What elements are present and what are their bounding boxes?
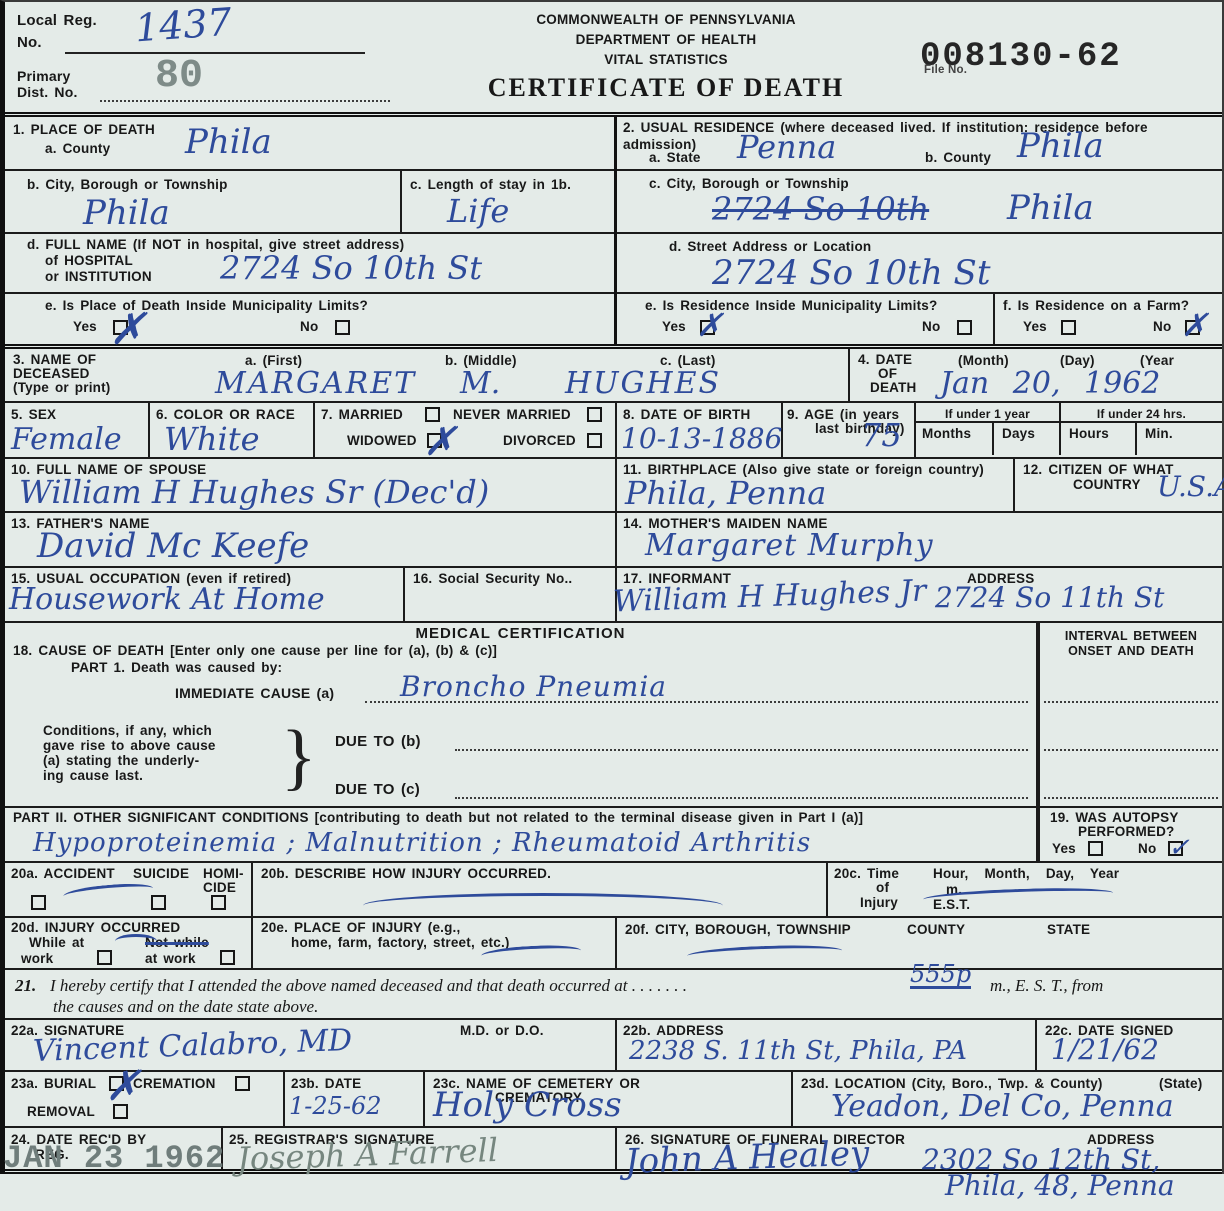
interval-line-a: [1044, 701, 1218, 703]
section-22c-date-signed: 22c. DATE SIGNED 1/21/62: [1037, 1020, 1222, 1070]
under-24-hrs-label: If under 24 hrs.: [1061, 403, 1222, 421]
section-22a-signature: 22a. SIGNATURE M.D. or D.O. Vincent Cala…: [5, 1020, 617, 1070]
field-19-yes-label: Yes: [1052, 841, 1076, 858]
field-26-address-value2: Phila, 48, Penna: [945, 1172, 1175, 1200]
field-2f-label: f. Is Residence on a Farm?: [1003, 298, 1189, 315]
part2-label: PART II. OTHER SIGNIFICANT CONDITIONS [c…: [13, 810, 1033, 827]
field-15-value: Housework At Home: [9, 585, 325, 615]
row-2e-2f: e. Is Residence Inside Municipality Limi…: [617, 294, 1222, 344]
interval-line-c: [1044, 797, 1218, 799]
certify-text-3: the causes and on the date state above.: [53, 997, 318, 1017]
section-23d-location: 23d. LOCATION (City, Boro., Twp. & Count…: [793, 1072, 1222, 1126]
dist-no-label: Dist. No.: [17, 84, 78, 102]
certify-text-block: 21. I hereby certify that I attended the…: [5, 970, 1222, 1018]
field-6-value: White: [164, 423, 260, 455]
field-2c-struck-value: 2724 So 10th: [712, 193, 929, 225]
field-7-married-label: 7. MARRIED: [321, 407, 403, 424]
row-1b-1c: b. City, Borough or Township Phila c. Le…: [5, 171, 614, 234]
primary-dist-stamp: 80: [155, 54, 203, 99]
due-to-b-line: [455, 749, 1028, 751]
field-23a-removal-label: REMOVAL: [27, 1104, 95, 1121]
field-4-title3: DEATH: [870, 380, 917, 397]
header: Local Reg. No. 1437 Primary Dist. No. 80…: [5, 2, 1222, 117]
row-13-14: 13. FATHER'S NAME David Mc Keefe 14. MOT…: [5, 513, 1222, 568]
checkmark-2e-yes: ✗: [696, 309, 723, 341]
section-11-birthplace: 11. BIRTHPLACE (Also give state or forei…: [617, 459, 1015, 511]
section-3-name-of-deceased: 3. NAME OF DECEASED (Type or print) a. (…: [5, 349, 850, 401]
checkbox-20d-notwhile: [220, 950, 235, 965]
field-2e-label: e. Is Residence Inside Municipality Limi…: [645, 298, 937, 315]
field-2f-yes-label: Yes: [1023, 319, 1047, 336]
field-2d-value: 2724 So 10th St: [712, 256, 991, 290]
ink-mark-20f: [687, 943, 842, 956]
checkbox-19-yes: [1088, 841, 1103, 856]
field-20c-cols-label: Hour, Month, Day, Year: [933, 866, 1119, 883]
under-1-year-label: If under 1 year: [916, 403, 1061, 421]
field-23d-value: Yeadon, Del Co, Penna: [831, 1092, 1174, 1122]
field-1d-label2: of HOSPITAL: [45, 253, 133, 270]
row-15-17: 15. USUAL OCCUPATION (even if retired) H…: [5, 568, 1222, 623]
field-3-middle-value: M.: [460, 369, 500, 399]
row-part2-19: PART II. OTHER SIGNIFICANT CONDITIONS [c…: [5, 808, 1222, 863]
field-23a-cremation-label: CREMATION: [133, 1076, 216, 1093]
field-2c-value: Phila: [1007, 191, 1094, 225]
field-17-address-value: 2724 So 11th St: [935, 584, 1164, 612]
field-20a-suicide-label: SUICIDE: [133, 866, 189, 883]
row-24-26: 24. DATE REC'D BY REG. JAN 23 1962 25. R…: [5, 1128, 1222, 1174]
checkbox-19-no: ✓: [1168, 841, 1183, 856]
field-10-value: William H Hughes Sr (Dec'd): [19, 476, 489, 508]
section-12-citizen: 12. CITIZEN OF WHAT COUNTRY U.S.A: [1015, 459, 1222, 511]
field-1e-municipality: e. Is Place of Death Inside Municipality…: [5, 294, 614, 344]
hours-label: Hours: [1061, 423, 1137, 455]
min-label: Min.: [1137, 423, 1222, 455]
ink-mark-20b: [363, 893, 723, 907]
field-22a-md-label: M.D. or D.O.: [460, 1023, 544, 1040]
days-label: Days: [994, 423, 1061, 455]
field-2ab: 2. USUAL RESIDENCE (where deceased lived…: [617, 117, 1222, 171]
field-1b-city: b. City, Borough or Township Phila: [5, 171, 402, 232]
section-23b-date: 23b. DATE 1-25-62: [285, 1072, 425, 1126]
due-to-c-label: DUE TO (c): [335, 781, 420, 800]
field-16-label: 16. Social Security No..: [413, 571, 572, 588]
field-2d-street: d. Street Address or Location 2724 So 10…: [617, 234, 1222, 294]
field-1a-label: a. County: [45, 141, 110, 158]
date-received-stamp: JAN 23 1962: [3, 1140, 225, 1177]
row-23: 23a. BURIAL ✗ CREMATION REMOVAL 23b. DAT…: [5, 1072, 1222, 1128]
field-18-label: 18. CAUSE OF DEATH [Enter only one cause…: [13, 643, 497, 660]
section-20a-accident: 20a. ACCIDENT SUICIDE HOMI- CIDE: [5, 863, 253, 916]
header-left: Local Reg. No. 1437 Primary Dist. No. 80: [5, 2, 440, 112]
section-17-informant: 17. INFORMANT ADDRESS William H Hughes J…: [617, 568, 1222, 621]
field-3-title3: (Type or print): [13, 380, 111, 397]
field-23c-value: Holy Cross: [433, 1088, 622, 1122]
local-reg-line: [65, 52, 365, 54]
local-reg-label: Local Reg.: [17, 12, 97, 31]
file-no-label: File No.: [924, 64, 967, 78]
interval-label-2: ONSET AND DEATH: [1040, 644, 1222, 660]
field-1d-hospital: d. FULL NAME (If NOT in hospital, give s…: [5, 234, 614, 294]
field-1d-label3: or INSTITUTION: [45, 269, 152, 286]
conditions-brace: }: [281, 715, 317, 800]
section-23a-burial: 23a. BURIAL ✗ CREMATION REMOVAL: [5, 1072, 285, 1126]
interval-label-1: INTERVAL BETWEEN: [1040, 629, 1222, 645]
field-3-first-value: MARGARET: [215, 369, 416, 399]
field-17-value: William H Hughes Jr: [613, 577, 927, 618]
row-5-9: 5. SEX Female 6. COLOR OR RACE White 7. …: [5, 403, 1222, 459]
local-reg-value: 1437: [134, 3, 233, 48]
field-20a-label: 20a. ACCIDENT: [11, 866, 115, 883]
header-center: COMMONWEALTH OF PENNSYLVANIA DEPARTMENT …: [440, 2, 892, 112]
field-8-value: 10-13-1886: [621, 425, 782, 453]
field-23b-value: 1-25-62: [289, 1094, 382, 1118]
dist-no-dotline: [100, 100, 390, 102]
field-1e-no-label: No: [300, 319, 318, 336]
section-6-color-race: 6. COLOR OR RACE White: [150, 403, 315, 457]
checkbox-23a-removal: [113, 1104, 128, 1119]
commonwealth-line: COMMONWEALTH OF PENNSYLVANIA: [440, 12, 892, 29]
section-16-ssn: 16. Social Security No..: [405, 568, 617, 621]
section-25-registrar: 25. REGISTRAR'S SIGNATURE Joseph A Farre…: [223, 1128, 617, 1169]
section-20e-place-of-injury: 20e. PLACE OF INJURY (e.g., home, farm, …: [253, 918, 617, 968]
field-20d-work-label: work: [21, 951, 53, 968]
section-7-marital-status: 7. MARRIED NEVER MARRIED WIDOWED ✗ DIVOR…: [315, 403, 617, 457]
checkbox-2f-no: ✗: [1185, 320, 1200, 335]
field-2e-no-label: No: [922, 319, 940, 336]
field-20f-county-label: COUNTY: [907, 922, 965, 939]
checkbox-1e-yes: ✗: [113, 320, 128, 335]
field-1e-label: e. Is Place of Death Inside Municipality…: [45, 298, 368, 315]
section-20b-describe-injury: 20b. DESCRIBE HOW INJURY OCCURRED.: [253, 863, 828, 916]
field-23b-label: 23b. DATE: [291, 1076, 361, 1093]
registrar-signature: Joseph A Farrell: [236, 1131, 498, 1178]
funeral-director-signature: John A Healey: [624, 1133, 870, 1182]
field-2c-city: c. City, Borough or Township 2724 So 10t…: [617, 171, 1222, 234]
checkbox-2e-yes: ✗: [700, 320, 715, 335]
checkbox-23a-cremation: [235, 1076, 250, 1091]
under-age-sub-row: Months Days Hours Min.: [916, 423, 1222, 455]
section-18-cause-of-death: MEDICAL CERTIFICATION 18. CAUSE OF DEATH…: [5, 623, 1038, 806]
due-to-c-line: [455, 797, 1028, 799]
checkbox-2f-yes: [1061, 320, 1076, 335]
field-20f-label: 20f. CITY, BOROUGH, TOWNSHIP: [625, 922, 851, 939]
field-2b-label: b. County: [925, 150, 991, 167]
immediate-cause-value: Broncho Pneumia: [400, 673, 667, 701]
under-age-header-row: If under 1 year If under 24 hrs.: [916, 403, 1222, 423]
field-12-value: U.S.A: [1157, 473, 1224, 501]
field-20b-label: 20b. DESCRIBE HOW INJURY OCCURRED.: [261, 866, 551, 883]
checkbox-20d-while: [97, 950, 112, 965]
field-2a-value: Penna: [737, 131, 836, 163]
checkmark-2f-no: ✗: [1181, 309, 1208, 341]
section-9-under-age-grid: If under 1 year If under 24 hrs. Months …: [916, 403, 1222, 457]
field-19-no-label: No: [1138, 841, 1156, 858]
row-10-12: 10. FULL NAME OF SPOUSE William H Hughes…: [5, 459, 1222, 513]
section-20c-time-of-injury: 20c. Time of Injury Hour, Month, Day, Ye…: [828, 863, 1222, 916]
field-7-never-label: NEVER MARRIED: [453, 407, 571, 424]
ink-mark-20d: [115, 934, 157, 942]
death-certificate-scan: Local Reg. No. 1437 Primary Dist. No. 80…: [0, 0, 1224, 1211]
field-12-label2: COUNTRY: [1073, 477, 1141, 494]
field-1d-value: 2724 So 10th St: [220, 252, 482, 284]
field-1c-value: Life: [447, 195, 509, 227]
part2-significant-conditions: PART II. OTHER SIGNIFICANT CONDITIONS [c…: [5, 808, 1038, 861]
checkbox-7-widowed: ✗: [427, 433, 442, 448]
field-2b-value: Phila: [1017, 129, 1104, 163]
field-20e-label2: home, farm, factory, street, etc.): [291, 935, 510, 952]
field-7-divorced-label: DIVORCED: [503, 433, 576, 450]
section-19-autopsy: 19. WAS AUTOPSY PERFORMED? Yes No ✓: [1038, 808, 1222, 861]
checkbox-7-never-married: [587, 407, 602, 422]
checkbox-2e-no: [957, 320, 972, 335]
field-9-value: 75: [861, 419, 902, 451]
section-5-sex: 5. SEX Female: [5, 403, 150, 457]
section-9-age: 9. AGE (in years last birthday) 75: [783, 403, 916, 457]
field-1c-length-of-stay: c. Length of stay in 1b. Life: [402, 171, 614, 232]
primary-label: Primary: [17, 68, 71, 86]
section-23c-cemetery: 23c. NAME OF CEMETERY OR CREMATORY Holy …: [425, 1072, 793, 1126]
row-20abc: 20a. ACCIDENT SUICIDE HOMI- CIDE 20b. DE…: [5, 863, 1222, 918]
section-8-date-of-birth: 8. DATE OF BIRTH 10-13-1886: [617, 403, 783, 457]
certify-text-2: m., E. S. T., from: [990, 976, 1103, 996]
field-2e-municipality: e. Is Residence Inside Municipality Limi…: [617, 294, 995, 344]
field-1b-value: Phila: [83, 196, 170, 230]
certify-text-1: I hereby certify that I attended the abo…: [50, 976, 687, 996]
months-label: Months: [916, 423, 994, 455]
local-reg-no-label: No.: [17, 34, 42, 53]
part1-label: PART 1. Death was caused by:: [71, 660, 282, 677]
immediate-cause-label: IMMEDIATE CAUSE (a): [175, 685, 334, 703]
checkmark-19-no: ✓: [1168, 835, 1190, 861]
field-20d-atwork-label: at work: [145, 951, 196, 968]
section-14-mother: 14. MOTHER'S MAIDEN NAME Margaret Murphy: [617, 513, 1222, 566]
field-4-value: Jan 20, 1962: [940, 369, 1160, 399]
section-1-place-of-death: 1. PLACE OF DEATH a. County Phila b. Cit…: [5, 117, 617, 344]
checkbox-20a-homicide: [211, 895, 226, 910]
place-residence-block: 1. PLACE OF DEATH a. County Phila b. Cit…: [5, 117, 1222, 349]
row-22: 22a. SIGNATURE M.D. or D.O. Vincent Cala…: [5, 1020, 1222, 1072]
checkmark-1e-yes: ✗: [109, 308, 146, 352]
header-right: 008130-62 File No.: [892, 2, 1222, 112]
section-22b-address: 22b. ADDRESS 2238 S. 11th St, Phila, PA: [617, 1020, 1037, 1070]
field-20c-label3: Injury: [860, 895, 898, 912]
certificate-title: CERTIFICATE OF DEATH: [440, 73, 892, 103]
section-21-certification: 21. I hereby certify that I attended the…: [5, 970, 1222, 1020]
checkbox-1e-no: [335, 320, 350, 335]
field-20c-label1: 20c. Time: [834, 866, 899, 883]
field-7-widowed-label: WIDOWED: [347, 433, 417, 450]
medical-certification-title: MEDICAL CERTIFICATION: [5, 625, 1036, 644]
field-23a-burial-label: 23a. BURIAL: [11, 1076, 96, 1093]
field-14-value: Margaret Murphy: [645, 531, 934, 561]
department-line: DEPARTMENT OF HEALTH: [440, 32, 892, 49]
vital-statistics-line: VITAL STATISTICS: [440, 52, 892, 69]
field-19-label2: PERFORMED?: [1078, 824, 1175, 841]
section-15-occupation: 15. USUAL OCCUPATION (even if retired) H…: [5, 568, 405, 621]
checkbox-7-divorced: [587, 433, 602, 448]
field-22c-value: 1/21/62: [1051, 1036, 1159, 1064]
interval-line-b: [1044, 749, 1218, 751]
due-to-b-label: DUE TO (b): [335, 733, 421, 752]
section-24-date-received: 24. DATE REC'D BY REG. JAN 23 1962: [5, 1128, 223, 1169]
field-1a-value: Phila: [185, 125, 272, 159]
section-2-title: 2. USUAL RESIDENCE (where deceased lived…: [623, 120, 1213, 154]
field-20f-state-label: STATE: [1047, 922, 1090, 939]
field-11-value: Phila, Penna: [625, 477, 826, 509]
field-13-value: David Mc Keefe: [37, 529, 309, 563]
field-1b-label: b. City, Borough or Township: [27, 177, 228, 194]
row-20def: 20d. INJURY OCCURRED While at work Not w…: [5, 918, 1222, 970]
field-22b-value: 2238 S. 11th St, Phila, PA: [629, 1038, 967, 1064]
interval-column: INTERVAL BETWEEN ONSET AND DEATH: [1038, 623, 1222, 806]
field-2a-label: a. State: [649, 150, 701, 167]
field-5-value: Female: [11, 425, 122, 455]
field-2e-yes-label: Yes: [662, 319, 686, 336]
conditions-note-4: ing cause last.: [43, 768, 143, 785]
field-20d-while-label: While at: [29, 935, 84, 952]
section-20d-injury-occurred: 20d. INJURY OCCURRED While at work Not w…: [5, 918, 253, 968]
checkmark-7-widowed: ✗: [423, 422, 457, 462]
field-1a-county: 1. PLACE OF DEATH a. County Phila: [5, 117, 614, 171]
certificate-table: Local Reg. No. 1437 Primary Dist. No. 80…: [0, 0, 1224, 1174]
ink-mark-20a: [63, 881, 153, 897]
field-2f-farm: f. Is Residence on a Farm? Yes No ✗: [995, 294, 1222, 344]
section-13-father: 13. FATHER'S NAME David Mc Keefe: [5, 513, 617, 566]
checkbox-20a-accident: [31, 895, 46, 910]
section-1-title: 1. PLACE OF DEATH: [13, 122, 155, 139]
checkbox-23a-burial: ✗: [109, 1076, 124, 1091]
section-26-funeral-director: 26. SIGNATURE OF FUNERAL DIRECTOR ADDRES…: [617, 1128, 1222, 1169]
field-2f-no-label: No: [1153, 319, 1171, 336]
field-1e-yes-label: Yes: [73, 319, 97, 336]
section-2-usual-residence: 2. USUAL RESIDENCE (where deceased lived…: [617, 117, 1222, 344]
medical-certification-block: MEDICAL CERTIFICATION 18. CAUSE OF DEATH…: [5, 623, 1222, 808]
row-3-4: 3. NAME OF DECEASED (Type or print) a. (…: [5, 349, 1222, 403]
field-21-number: 21.: [15, 976, 36, 996]
field-3-last-value: HUGHES: [565, 369, 721, 399]
time-of-death-value: 555p: [910, 962, 971, 989]
section-10-spouse: 10. FULL NAME OF SPOUSE William H Hughes…: [5, 459, 617, 511]
part2-value: Hypoproteinemia ; Malnutrition ; Rheumat…: [33, 830, 811, 856]
checkbox-20a-suicide: [151, 895, 166, 910]
section-4-date-of-death: 4. DATE OF DEATH (Month) (Day) (Year Jan…: [850, 349, 1222, 401]
